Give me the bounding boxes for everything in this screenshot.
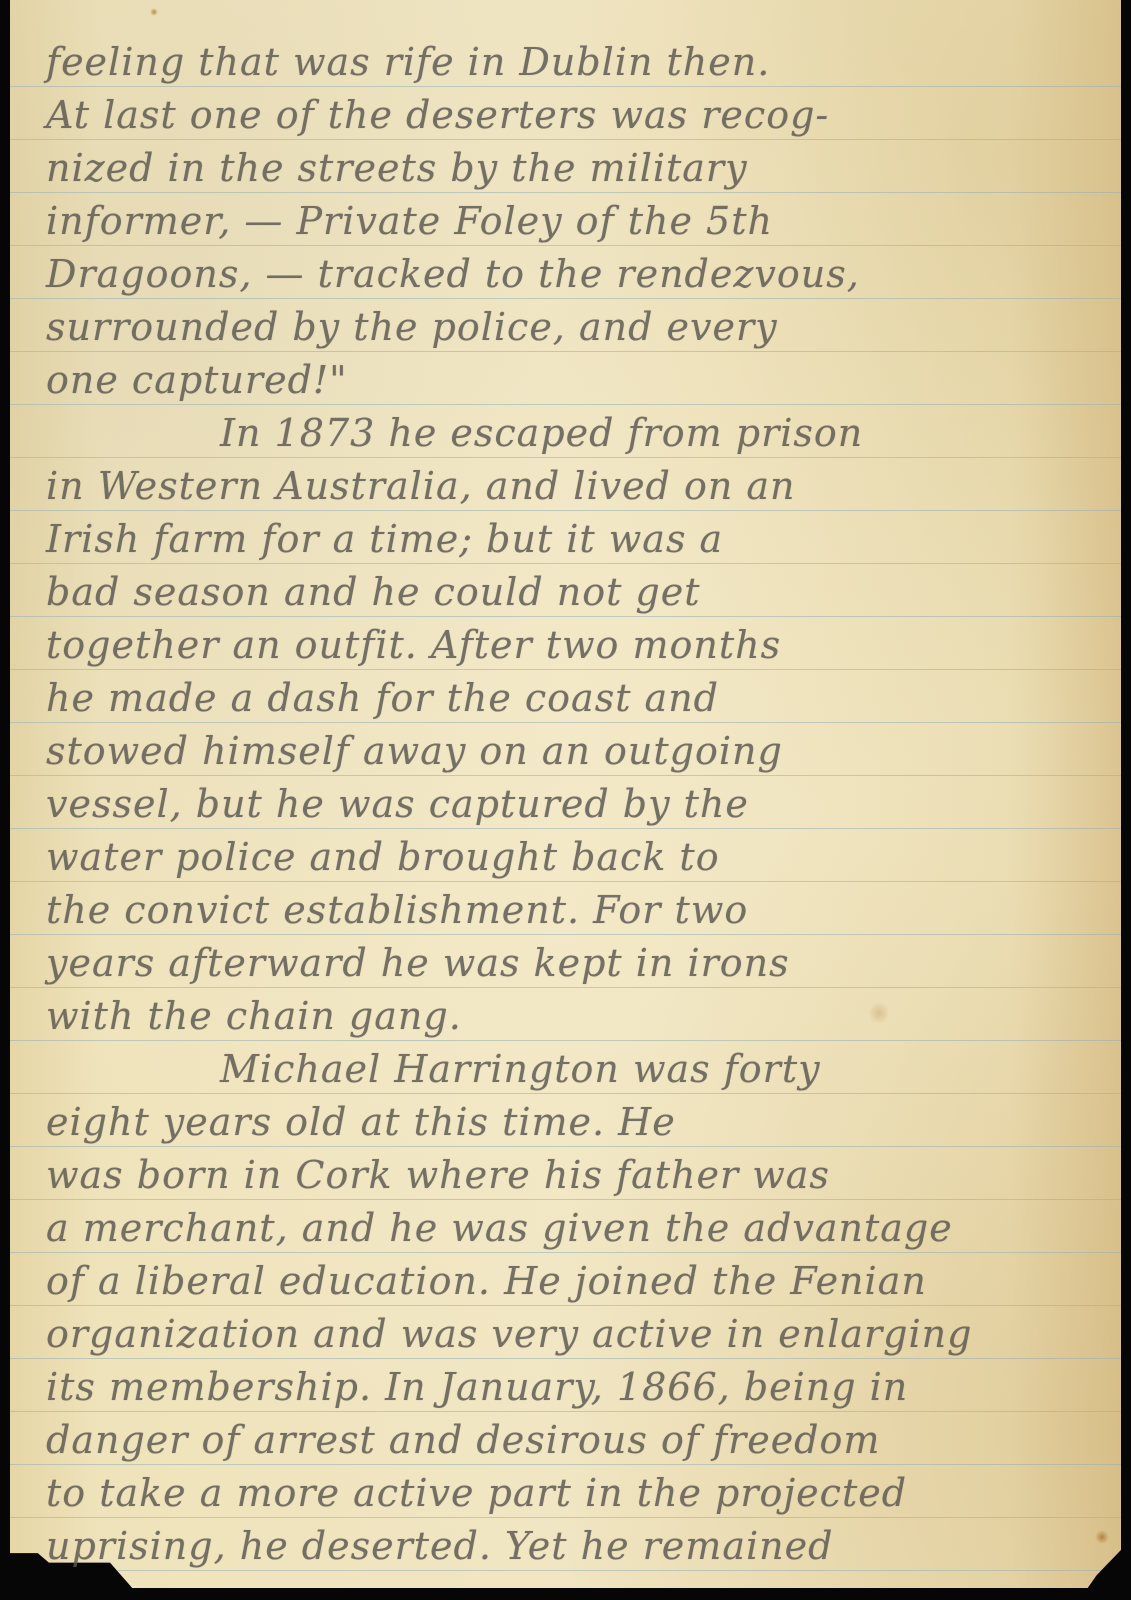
- text-line: of a liberal education. He joined the Fe…: [46, 1259, 1091, 1303]
- text-line: water police and brought back to: [46, 835, 1091, 879]
- paragraph-start: Michael Harrington was forty: [220, 1047, 1091, 1091]
- text-line: one captured!": [46, 358, 1091, 402]
- text-line: to take a more active part in the projec…: [46, 1471, 1091, 1515]
- text-line: bad season and he could not get: [46, 570, 1091, 614]
- handwritten-text: feeling that was rife in Dublin then. At…: [10, 0, 1121, 1588]
- text-line: the convict establishment. For two: [46, 888, 1091, 932]
- text-line: uprising, he deserted. Yet he remained: [46, 1524, 1091, 1568]
- text-line: surrounded by the police, and every: [46, 305, 1091, 349]
- text-line: feeling that was rife in Dublin then.: [46, 40, 1091, 84]
- text-line: in Western Australia, and lived on an: [46, 464, 1091, 508]
- text-line: organization and was very active in enla…: [46, 1312, 1091, 1356]
- text-line: its membership. In January, 1866, being …: [46, 1365, 1091, 1409]
- text-line: nized in the streets by the military: [46, 146, 1091, 190]
- text-line: eight years old at this time. He: [46, 1100, 1091, 1144]
- text-line: vessel, but he was captured by the: [46, 782, 1091, 826]
- text-line: a merchant, and he was given the advanta…: [46, 1206, 1091, 1250]
- text-line: with the chain gang.: [46, 994, 1091, 1038]
- text-line: Irish farm for a time; but it was a: [46, 517, 1091, 561]
- text-line: stowed himself away on an outgoing: [46, 729, 1091, 773]
- text-line: was born in Cork where his father was: [46, 1153, 1091, 1197]
- text-line: he made a dash for the coast and: [46, 676, 1091, 720]
- text-line: informer, — Private Foley of the 5th: [46, 199, 1091, 243]
- text-line: At last one of the deserters was recog-: [46, 93, 1091, 137]
- text-line: Dragoons, — tracked to the rendezvous,: [46, 252, 1091, 296]
- text-line: together an outfit. After two months: [46, 623, 1091, 667]
- text-line: danger of arrest and desirous of freedom: [46, 1418, 1091, 1462]
- paragraph-start: In 1873 he escaped from prison: [220, 411, 1091, 455]
- text-line: years afterward he was kept in irons: [46, 941, 1091, 985]
